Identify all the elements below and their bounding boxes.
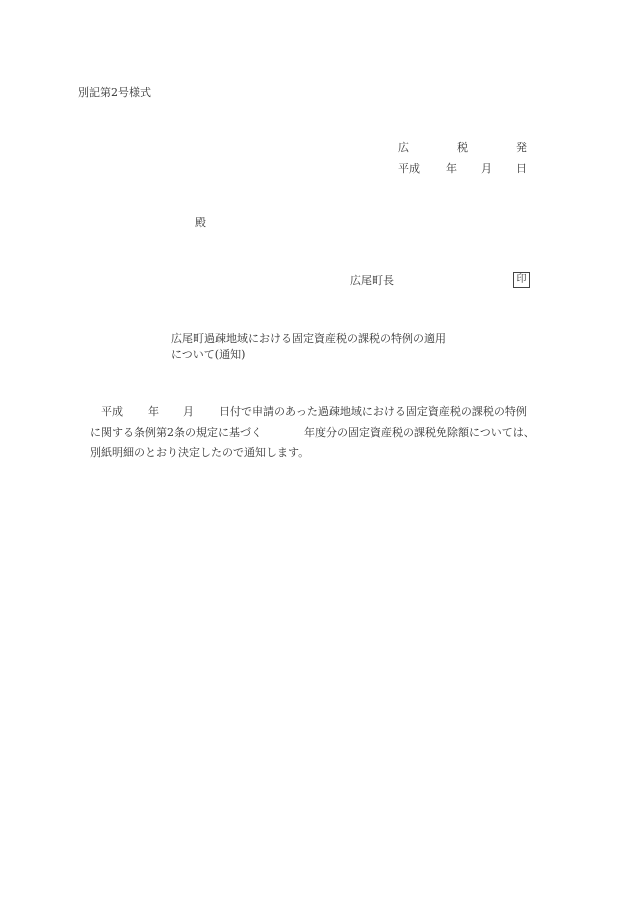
body-era: 平成 xyxy=(101,405,123,419)
date-year-unit: 年 xyxy=(446,162,457,176)
date-day-unit: 日 xyxy=(516,162,527,176)
body-line2-text-a: に関する条例第2条の規定に基づく xyxy=(90,426,262,440)
body-line2-text-b: 年度分の固定資産税の課税免除額については、 xyxy=(304,426,535,440)
addressee-suffix: 殿 xyxy=(195,216,206,230)
form-label: 別記第2号様式 xyxy=(78,86,151,100)
date-month-unit: 月 xyxy=(481,162,492,176)
issue-number-tax: 税 xyxy=(457,141,468,155)
issue-number-issue: 発 xyxy=(516,141,527,155)
body-month-unit: 月 xyxy=(183,405,194,419)
body-line1-text: 日付で申請のあった過疎地域における固定資産税の課税の特例 xyxy=(219,405,527,419)
issue-number-prefix: 広 xyxy=(398,141,409,155)
seal-mark: 印 xyxy=(513,272,530,288)
document-title-line1: 広尾町過疎地域における固定資産税の課税の特例の適用 xyxy=(171,332,446,346)
body-year-unit: 年 xyxy=(148,405,159,419)
sender-name: 広尾町長 xyxy=(350,274,394,288)
date-era: 平成 xyxy=(398,162,420,176)
body-line3-text: 別紙明細のとおり決定したので通知します。 xyxy=(90,446,309,460)
document-title-line2: について(通知) xyxy=(171,348,245,362)
